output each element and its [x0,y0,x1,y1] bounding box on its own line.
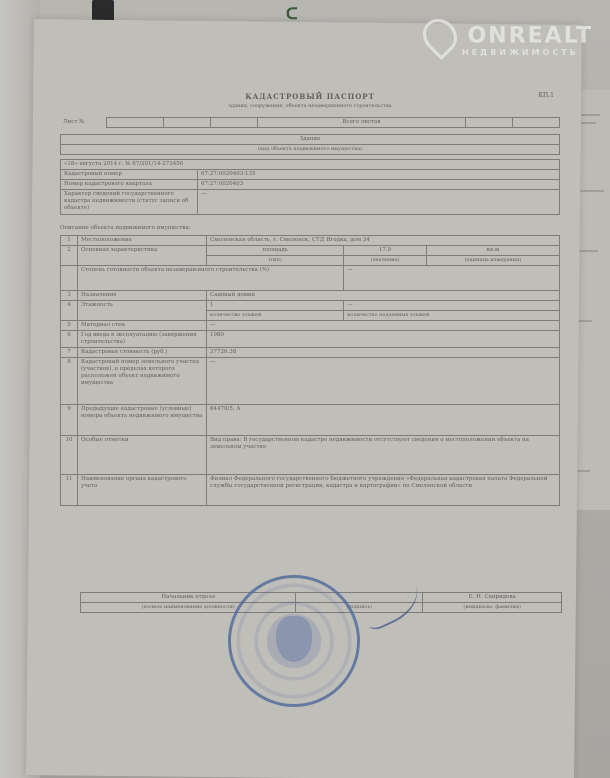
doc-subtitle: здания, сооружения, объекта незавершенно… [60,103,560,109]
sheet-label: Лист № [60,118,107,128]
section-label: Описание объекта недвижимого имущества: [60,225,560,231]
date-line: «18» августа 2014 г. № 67/201/14-273456 [61,160,560,170]
row-num: 8 [61,358,78,405]
row-value: 1980 [207,331,560,348]
row-label: Особые отметки [78,436,207,475]
table-row: 7 Кадастровая стоимость (руб.) 37726.38 [61,348,560,358]
row-label: Основная характеристика [78,246,207,266]
quarter-number-label: Номер кадастрового квартала [61,180,198,190]
dark-object [92,0,114,22]
table-row: 2 Основная характеристика площадь 17.9 к… [61,246,560,256]
caption: количество подземных этажей [344,311,560,321]
area-type: площадь [207,246,344,256]
area-value: 17.9 [344,246,426,256]
row-value: — [344,266,560,291]
caption: (единица измерения) [426,256,559,266]
table-row: 5 Материал стен — [61,321,560,331]
row-value: Садовый домик [207,291,560,301]
row-value: — [207,358,560,405]
house-pin-icon [416,12,464,60]
row-value: Вид права: В государственном кадастре не… [207,436,560,475]
row-num: 1 [61,236,78,246]
cadastral-number-value: 67:27:0020403:135 [198,170,560,180]
green-clip-icon: ᑕ [286,4,298,23]
row-label: Наименование органа кадастрового учета [78,475,207,506]
row-label: Кадастровая стоимость (руб.) [78,348,207,358]
row-num: 7 [61,348,78,358]
table-row: 4 Этажность 1 — [61,301,560,311]
area-unit: кв.м [426,246,559,256]
row-num: 9 [61,405,78,436]
row-label: Этажность [78,301,207,321]
row-num: 11 [61,475,78,506]
table-row: 10 Особые отметки Вид права: В государст… [61,436,560,475]
row-label: Степень готовности объекта незавершенног… [78,266,344,291]
object-type: Здание [61,135,560,145]
watermark-brand: ONREALT [468,24,594,49]
row-num: 10 [61,436,78,475]
coat-of-arms-icon [276,616,312,662]
row-value: 37726.38 [207,348,560,358]
row-num: 2 [61,246,78,266]
table-row: Степень готовности объекта незавершенног… [61,266,560,291]
sheet-header: Лист № Всего листов [60,117,560,128]
caption: количество этажей [207,311,344,321]
row-label: Предыдущие кадастровые (условные) номера… [78,405,207,436]
form-code: КП.1 [538,92,554,99]
table-row: 3 Назначение Садовый домик [61,291,560,301]
row-value: Филиал Федерального государственного бюд… [207,475,560,506]
status-label: Характер сведений государственного кадас… [61,190,198,215]
underground-floors-value: — [344,301,560,311]
doc-title: КАДАСТРОВЫЙ ПАСПОРТ [60,92,560,101]
row-num: 3 [61,291,78,301]
signer-name: Е. Н. Свиридова [423,593,562,603]
quarter-number-value: 67:27:0020403 [198,180,560,190]
row-value: Смоленская область, г. Смоленск, СТД Яго… [207,236,560,246]
table-row: 1 Местоположение Смоленская область, г. … [61,236,560,246]
name-caption: (инициалы, фамилия) [423,603,562,613]
caption: (значение) [344,256,426,266]
table-row: 11 Наименование органа кадастрового учет… [61,475,560,506]
watermark: ONREALT НЕДВИЖИМОСТЬ [424,18,593,54]
row-label: Местоположение [78,236,207,246]
row-label: Год ввода в эксплуатацию (завершения стр… [78,331,207,348]
row-num: 4 [61,301,78,321]
official-stamp [228,575,360,707]
row-num: 5 [61,321,78,331]
row-label: Назначение [78,291,207,301]
row-num: 6 [61,331,78,348]
identification-table: «18» августа 2014 г. № 67/201/14-273456 … [60,159,560,215]
row-value: — [207,321,560,331]
table-row: 8 Кадастровый номер земельного участка (… [61,358,560,405]
floors-value: 1 [207,301,344,311]
row-value: 64470/5, А [207,405,560,436]
row-label: Кадастровый номер земельного участка (уч… [78,358,207,405]
row-label: Материал стен [78,321,207,331]
cadastral-number-label: Кадастровый номер [61,170,198,180]
sheets-total-label: Всего листов [258,118,466,128]
object-type-box: Здание (вид объекта недвижимого имуществ… [60,134,560,155]
table-row: 9 Предыдущие кадастровые (условные) номе… [61,405,560,436]
object-type-caption: (вид объекта недвижимого имущества) [61,145,560,155]
watermark-subtitle: НЕДВИЖИМОСТЬ [462,48,579,57]
description-table: 1 Местоположение Смоленская область, г. … [60,235,560,506]
status-value: — [198,190,560,215]
caption: (тип) [207,256,344,266]
table-row: 6 Год ввода в эксплуатацию (завершения с… [61,331,560,348]
cadastral-passport: КП.1 КАДАСТРОВЫЙ ПАСПОРТ здания, сооруже… [60,92,560,506]
